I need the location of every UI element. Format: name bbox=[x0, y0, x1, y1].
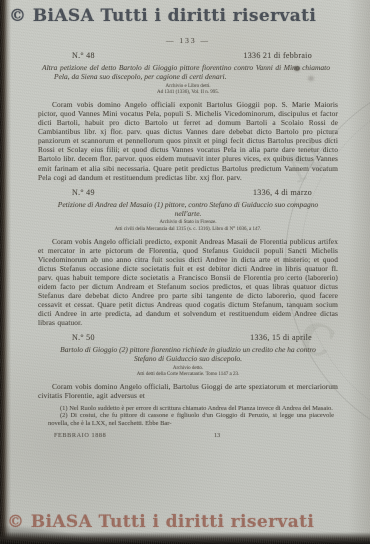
entry-source: Archivio di Stato in Firenze. Atti civil… bbox=[38, 220, 338, 233]
page-footer: FEBBRAIO 1888 13 bbox=[38, 432, 338, 441]
entry-summary: Petizione di Andrea del Masaio (1) pitto… bbox=[38, 200, 338, 218]
source-line: Atti detti della Corte Mercatantie. Tomo… bbox=[38, 372, 338, 379]
entry-number: N.° 50 bbox=[72, 333, 95, 342]
entry-date: 1336, 4 di marzo bbox=[253, 188, 312, 197]
source-line: Ad 1341 (1336), Vol. II n. 995. bbox=[38, 90, 338, 97]
footnotes-block: (1) Nel Ruolo suddetto è per errore di s… bbox=[38, 405, 338, 428]
bottom-edge-shadow bbox=[0, 532, 370, 544]
page-content: — 133 — N.° 48 1336 21 di febbraio Altra… bbox=[38, 36, 338, 441]
entry-number: N.° 48 bbox=[72, 51, 95, 60]
entry-summary: Bartolo di Gioggio (2) pittore fiorentin… bbox=[38, 345, 338, 363]
entry-date: 1336, 15 di aprile bbox=[250, 333, 312, 342]
scanned-document-page: N C © BiASA Tutti i diritti riservati — … bbox=[0, 0, 370, 544]
entry-3-header: N.° 50 1336, 15 di aprile bbox=[38, 333, 338, 342]
footer-issue-date: FEBBRAIO 1888 bbox=[54, 432, 106, 439]
entry-summary: Altra petizione del detto Bartolo di Gio… bbox=[38, 63, 338, 81]
source-line: Atti civili della Mercanzia dal 1315 (s.… bbox=[38, 227, 338, 234]
entry-date: 1336 21 di febbraio bbox=[243, 51, 312, 60]
footer-signature-number: 13 bbox=[214, 432, 220, 439]
entry-2-header: N.° 49 1336, 4 di marzo bbox=[38, 188, 338, 197]
entry-body: Coram vobis domino Angelo officiali expo… bbox=[38, 100, 338, 181]
footnote: (2) Di costui, che fu pittore di cassone… bbox=[48, 412, 334, 428]
entry-number: N.° 49 bbox=[72, 188, 95, 197]
entry-source: Archivio detto. Atti detti della Corte M… bbox=[38, 366, 338, 379]
entry-body: Coram vobis domino Angelo officiali, Bar… bbox=[38, 382, 338, 400]
entry-source: Archivio e Libro detti. Ad 1341 (1336), … bbox=[38, 84, 338, 97]
watermark-top: © BiASA Tutti i diritti riservati bbox=[9, 6, 316, 26]
entry-body: Coram vobis Angelo officiali predicto, e… bbox=[38, 237, 338, 327]
book-binding-shadow bbox=[0, 0, 11, 544]
entry-1-header: N.° 48 1336 21 di febbraio bbox=[38, 51, 338, 60]
page-number: — 133 — bbox=[38, 36, 338, 45]
